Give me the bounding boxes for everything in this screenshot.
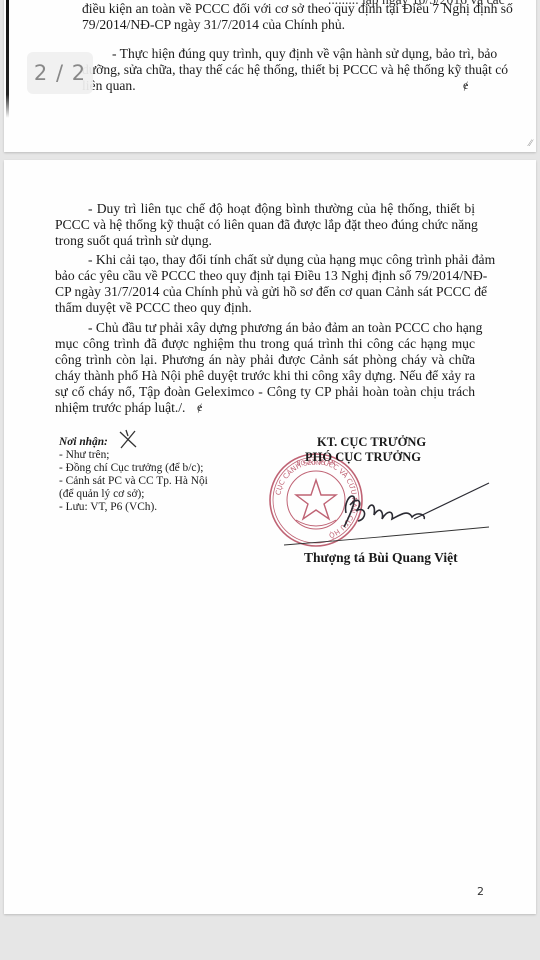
text-line: 79/2014/NĐ-CP ngày 31/7/2014 của Chính p… [82,17,345,33]
text-line: điều kiện an toàn về PCCC đối với cơ sở … [82,1,478,17]
initial-mark-icon: ɇ [197,400,202,415]
text-line: trong suốt quá trình sử dụng. [55,233,212,249]
text-line: công trình còn lại. Phương án này phải đ… [55,352,475,368]
text-line: dưỡng, sửa chữa, thay thế các hệ thống, … [82,62,478,78]
recipient-item: - Đồng chí Cục trưởng (để b/c); [59,462,203,475]
text-line: bảo các yêu cầu về PCCC theo quy định tạ… [55,268,475,284]
cross-mark-icon [117,428,139,450]
text-line: sự cố cháy nổ, Tập đoàn Geleximco - Công… [55,384,475,400]
text-line: - Duy trì liên tục chế độ hoạt động bình… [88,201,475,217]
page-indicator: 2 / 2 [27,52,93,94]
page-number: 2 [477,885,484,898]
recipient-item: - Lưu: VT, P6 (VCh). [59,501,157,514]
initial-mark-icon: ɇ [463,78,468,93]
text-line: PCCC và hệ thống kỹ thuật có liên quan đ… [55,217,475,233]
signer-name: Thượng tá Bùi Quang Việt [304,550,458,566]
text-line: CP ngày 31/7/2014 của Chính phủ và gửi h… [55,284,475,300]
recipients-title: Nơi nhận: [59,436,108,449]
recipient-item: - Cảnh sát PC và CC Tp. Hà Nội [59,475,208,488]
page-corner-mark: ⁄⁄ [529,138,532,148]
text-line: nhiệm trước pháp luật./. [55,400,185,416]
signature-title-1: KT. CỤC TRƯỞNG [317,435,426,450]
recipient-item: - Như trên; [59,449,109,462]
recipient-item: (để quản lý cơ sở); [59,488,144,501]
scan-edge [6,0,9,118]
document-page-2: - Duy trì liên tục chế độ hoạt động bình… [4,160,536,914]
text-line: - Thực hiện đúng quy trình, quy định về … [112,46,478,62]
text-line: cháy thành phố Hà Nội phê duyệt trước kh… [55,368,475,384]
handwritten-signature-icon [284,475,494,550]
signature-title-2: PHÓ CỤC TRƯỞNG [305,450,421,465]
text-line: thẩm duyệt về PCCC theo quy định. [55,300,252,316]
text-line: - Khi cải tạo, thay đổi tính chất sử dụn… [88,252,475,268]
text-line: mục công trình đã được nghiệm thu trong … [55,336,475,352]
text-line: - Chủ đầu tư phải xây dựng phương án bảo… [88,320,475,336]
